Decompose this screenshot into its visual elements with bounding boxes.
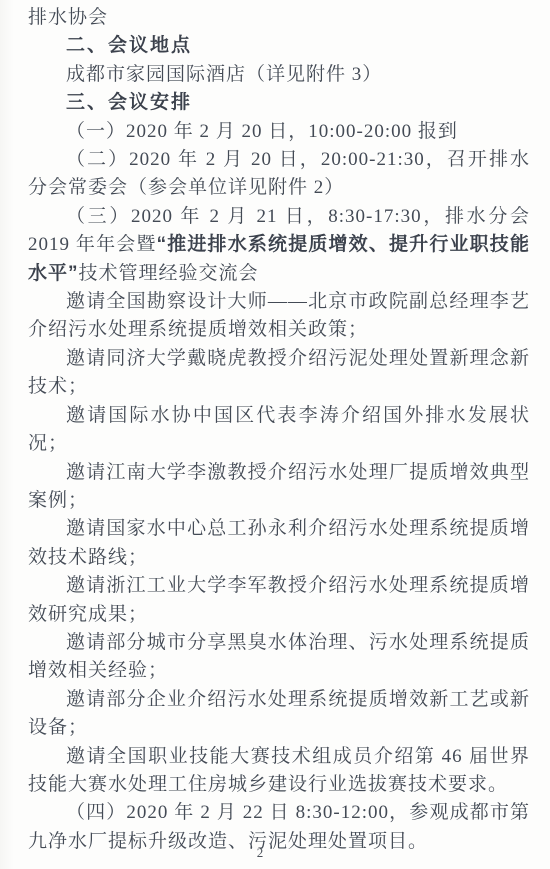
paragraph-invite-watercenter: 邀请国家水中心总工孙永利介绍污水处理系统提质增效技术路线； bbox=[28, 515, 530, 572]
agenda-item-3-suffix: 技术管理经验交流会 bbox=[79, 263, 259, 284]
document-page: 排水协会 二、会议地点 成都市家园国际酒店（详见附件 3） 三、会议安排 （一）… bbox=[0, 0, 550, 869]
page-number: 2 bbox=[0, 845, 520, 861]
paragraph-agenda-item-2: （二）2020 年 2 月 20 日，20:00-21:30，召开排水分会常委会… bbox=[28, 146, 530, 203]
section-heading-agenda: 三、会议安排 bbox=[28, 89, 530, 117]
section-heading-venue: 二、会议地点 bbox=[28, 32, 530, 60]
paragraph-agenda-item-3: （三）2020 年 2 月 21 日，8:30-17:30，排水分会 2019 … bbox=[28, 203, 530, 288]
paragraph-invite-policy: 邀请全国勘察设计大师——北京市政院副总经理李艺介绍污水处理系统提质增效相关政策； bbox=[28, 288, 530, 345]
paragraph-invite-enterprises: 邀请部分企业介绍污水处理系统提质增效新工艺或新设备； bbox=[28, 686, 530, 743]
paragraph-invite-jiangnan: 邀请江南大学李激教授介绍污水处理厂提质增效典型案例； bbox=[28, 459, 530, 516]
paragraph-venue: 成都市家园国际酒店（详见附件 3） bbox=[28, 61, 530, 89]
paragraph-overflow: 排水协会 bbox=[28, 4, 530, 32]
paragraph-agenda-item-1: （一）2020 年 2 月 20 日，10:00-20:00 报到 bbox=[28, 118, 530, 146]
paragraph-invite-cities: 邀请部分城市分享黑臭水体治理、污水处理系统提质增效相关经验； bbox=[28, 629, 530, 686]
paragraph-invite-iwa: 邀请国际水协中国区代表李涛介绍国外排水发展状况； bbox=[28, 402, 530, 459]
paragraph-invite-zhejiang: 邀请浙江工业大学李军教授介绍污水处理系统提质增效研究成果； bbox=[28, 572, 530, 629]
paragraph-invite-tongji: 邀请同济大学戴晓虎教授介绍污泥处理处置新理念新技术； bbox=[28, 345, 530, 402]
document-body: 排水协会 二、会议地点 成都市家园国际酒店（详见附件 3） 三、会议安排 （一）… bbox=[28, 4, 530, 856]
paragraph-invite-worldskills: 邀请全国职业技能大赛技术组成员介绍第 46 届世界技能大赛水处理工住房城乡建设行… bbox=[28, 743, 530, 800]
